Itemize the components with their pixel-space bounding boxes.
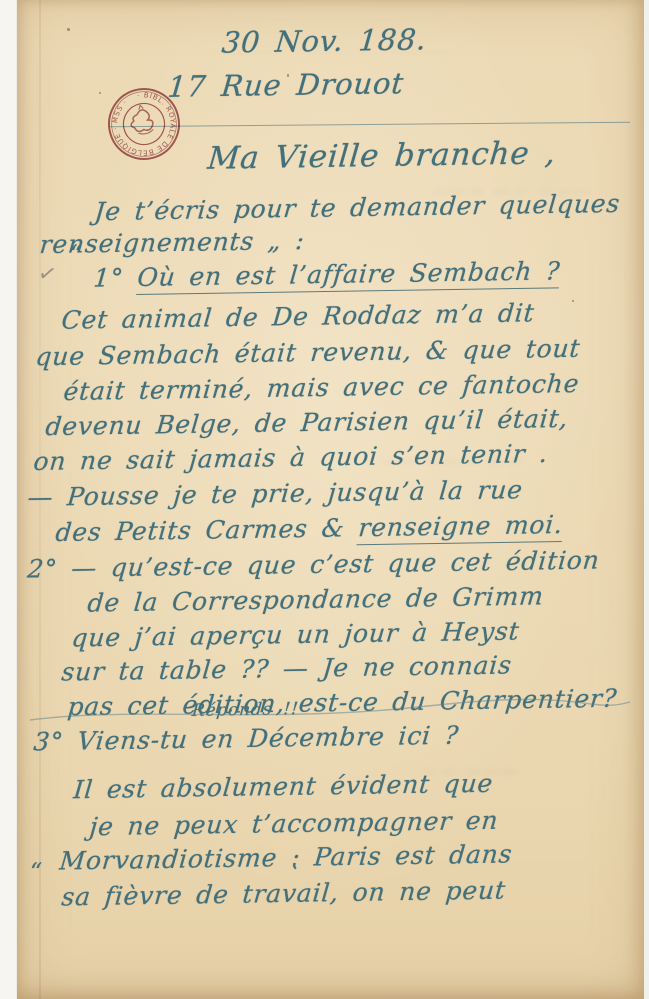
margin-quote-mark: “ (30, 858, 42, 886)
margin-quote-mark: “ (70, 240, 82, 268)
letter-date: 30 Nov. 188. (220, 22, 428, 59)
ink-showthrough: ~~~ ~~ (420, 760, 519, 785)
paper-speck (572, 300, 574, 302)
ink-showthrough: ~~ ~~~ ~~ (380, 450, 523, 475)
salutation: Ma Vieille branche , (206, 135, 557, 176)
scanned-letter-screenshot: { "colors":{ "ink":"#43707b", "paper":"#… (0, 0, 649, 999)
paper-speck (99, 92, 101, 94)
paper-speck (67, 28, 70, 31)
letter-line: 1° Où en est l’affaire Sembach ? (92, 256, 561, 292)
underlined-phrase: renseigne moi. (357, 510, 564, 545)
stamp-ring-text: · BIBL. ROYALE DE BELGIQUE · MSS · (104, 84, 183, 163)
svg-text:· BIBL. ROYALE DE BELGIQUE · M: · BIBL. ROYALE DE BELGIQUE · MSS · (104, 84, 183, 163)
underlined-phrase: Où en est l’affaire Sembach ? (136, 256, 562, 295)
ink-showthrough: ~~~ ~~ ~~~ (430, 180, 591, 205)
letter-address: 17 Rue Drouot (166, 66, 405, 104)
